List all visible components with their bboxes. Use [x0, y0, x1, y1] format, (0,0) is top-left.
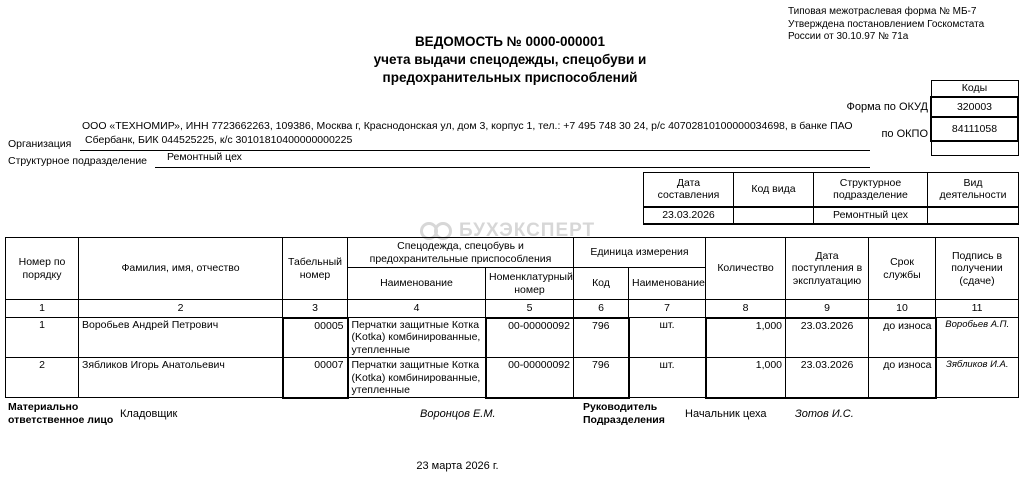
title-line3: предохранительных приспособлений: [260, 69, 760, 87]
info-header-activity: Вид деятельности: [928, 173, 1019, 207]
info-header-code: Код вида: [734, 173, 814, 207]
form-note-line1: Типовая межотраслевая форма № МБ-7: [788, 6, 984, 19]
codes-empty-cell: [931, 141, 1018, 156]
column-number: 10: [869, 300, 936, 318]
info-header-date: Дата составления: [644, 173, 734, 207]
header-full-name: Фамилия, имя, отчество: [79, 238, 283, 300]
codes-box: Коды 320003 84111058: [930, 80, 1019, 156]
cell-quantity: 1,000: [706, 318, 786, 358]
header-items-group: Спецодежда, спецобувь и предохранительны…: [348, 238, 574, 268]
column-number: 8: [706, 300, 786, 318]
column-number: 3: [283, 300, 348, 318]
column-number: 4: [348, 300, 486, 318]
organization-label: Организация: [8, 138, 71, 150]
header-personnel-number: Табельный номер: [283, 238, 348, 300]
column-number: 7: [629, 300, 706, 318]
cell-full-name: Зябликов Игорь Анатольевич: [79, 358, 283, 398]
info-table: Дата составления Код вида Структурное по…: [643, 172, 1019, 225]
header-quantity: Количество: [706, 238, 786, 300]
cell-unit-name: шт.: [629, 358, 706, 398]
cell-service-life: до износа: [869, 358, 936, 398]
organization-value-line1: ООО «ТЕХНОМИР», ИНН 7723662263, 109386, …: [82, 120, 807, 132]
column-number: 9: [786, 300, 869, 318]
mol-label: Материально ответственное лицо: [8, 401, 113, 427]
title-line2: учета выдачи спецодежды, спецобуви и: [260, 51, 760, 69]
info-value-date: 23.03.2026: [644, 207, 734, 224]
column-number: 1: [6, 300, 79, 318]
column-number: 2: [79, 300, 283, 318]
cell-item-name: Перчатки защитные Котка (Kotka) комбинир…: [348, 358, 486, 398]
header-item-name: Наименование: [348, 268, 486, 300]
header-signature: Подпись в получении (сдаче): [936, 238, 1019, 300]
header-service-life: Срок службы: [869, 238, 936, 300]
mol-label-line2: ответственное лицо: [8, 414, 113, 427]
document-page: Типовая межотраслевая форма № МБ-7 Утвер…: [0, 0, 1024, 479]
cell-quantity: 1,000: [706, 358, 786, 398]
organization-value-line2: Сбербанк, БИК 044525225, к/с 30101810400…: [80, 134, 870, 151]
okud-value: 320003: [931, 97, 1018, 117]
cell-full-name: Воробьев Андрей Петрович: [79, 318, 283, 358]
okud-label: Форма по ОКУД: [760, 101, 928, 113]
header-unit-code: Код: [574, 268, 629, 300]
form-approval-note: Типовая межотраслевая форма № МБ-7 Утвер…: [788, 6, 984, 44]
footer-date: 23 марта 2026 г.: [0, 460, 915, 472]
info-value-unit: Ремонтный цех: [814, 207, 928, 224]
header-nomenclature-number: Номенклатурный номер: [486, 268, 574, 300]
form-note-line2: Утверждена постановлением Госкомстата: [788, 19, 984, 32]
cell-date-in-service: 23.03.2026: [786, 318, 869, 358]
main-table: Номер по порядку Фамилия, имя, отчество …: [5, 237, 1019, 399]
mol-label-line1: Материально: [8, 401, 113, 414]
cell-unit-code: 796: [574, 358, 629, 398]
header-row-number: Номер по порядку: [6, 238, 79, 300]
structural-unit-label: Структурное подразделение: [8, 155, 147, 167]
cell-date-in-service: 23.03.2026: [786, 358, 869, 398]
info-value-code: [734, 207, 814, 224]
okpo-value: 84111058: [931, 117, 1018, 141]
form-note-line3: России от 30.10.97 № 71а: [788, 31, 984, 44]
structural-unit-value: Ремонтный цех: [155, 151, 870, 168]
cell-service-life: до износа: [869, 318, 936, 358]
column-number: 5: [486, 300, 574, 318]
cell-unit-code: 796: [574, 318, 629, 358]
cell-signature: Воробьев А.П.: [936, 318, 1019, 358]
head-position: Начальник цеха: [685, 408, 766, 420]
cell-item-name: Перчатки защитные Котка (Kotka) комбинир…: [348, 318, 486, 358]
cell-nomenclature-number: 00-00000092: [486, 358, 574, 398]
column-number: 11: [936, 300, 1019, 318]
table-row: 2 Зябликов Игорь Анатольевич 00007 Перча…: [6, 358, 1019, 398]
mol-signature-name: Воронцов Е.М.: [420, 408, 496, 420]
header-unit-group: Единица измерения: [574, 238, 706, 268]
cell-row-number: 2: [6, 358, 79, 398]
cell-nomenclature-number: 00-00000092: [486, 318, 574, 358]
info-header-unit: Структурное подразделение: [814, 173, 928, 207]
table-row: 1 Воробьев Андрей Петрович 00005 Перчатк…: [6, 318, 1019, 358]
header-date-in-service: Дата поступления в эксплуатацию: [786, 238, 869, 300]
head-label-line2: Подразделения: [583, 414, 665, 427]
cell-personnel-number: 00007: [283, 358, 348, 398]
head-signature-name: Зотов И.С.: [795, 408, 854, 420]
cell-row-number: 1: [6, 318, 79, 358]
head-label: Руководитель Подразделения: [583, 401, 665, 427]
cell-personnel-number: 00005: [283, 318, 348, 358]
document-title: ВЕДОМОСТЬ № 0000-000001 учета выдачи спе…: [260, 33, 760, 88]
head-label-line1: Руководитель: [583, 401, 665, 414]
codes-header: Коды: [931, 81, 1018, 97]
info-value-activity: [928, 207, 1019, 224]
title-line1: ВЕДОМОСТЬ № 0000-000001: [260, 33, 760, 51]
cell-signature: Зябликов И.А.: [936, 358, 1019, 398]
mol-position: Кладовщик: [120, 408, 177, 420]
column-number: 6: [574, 300, 629, 318]
cell-unit-name: шт.: [629, 318, 706, 358]
header-unit-name: Наименование: [629, 268, 706, 300]
